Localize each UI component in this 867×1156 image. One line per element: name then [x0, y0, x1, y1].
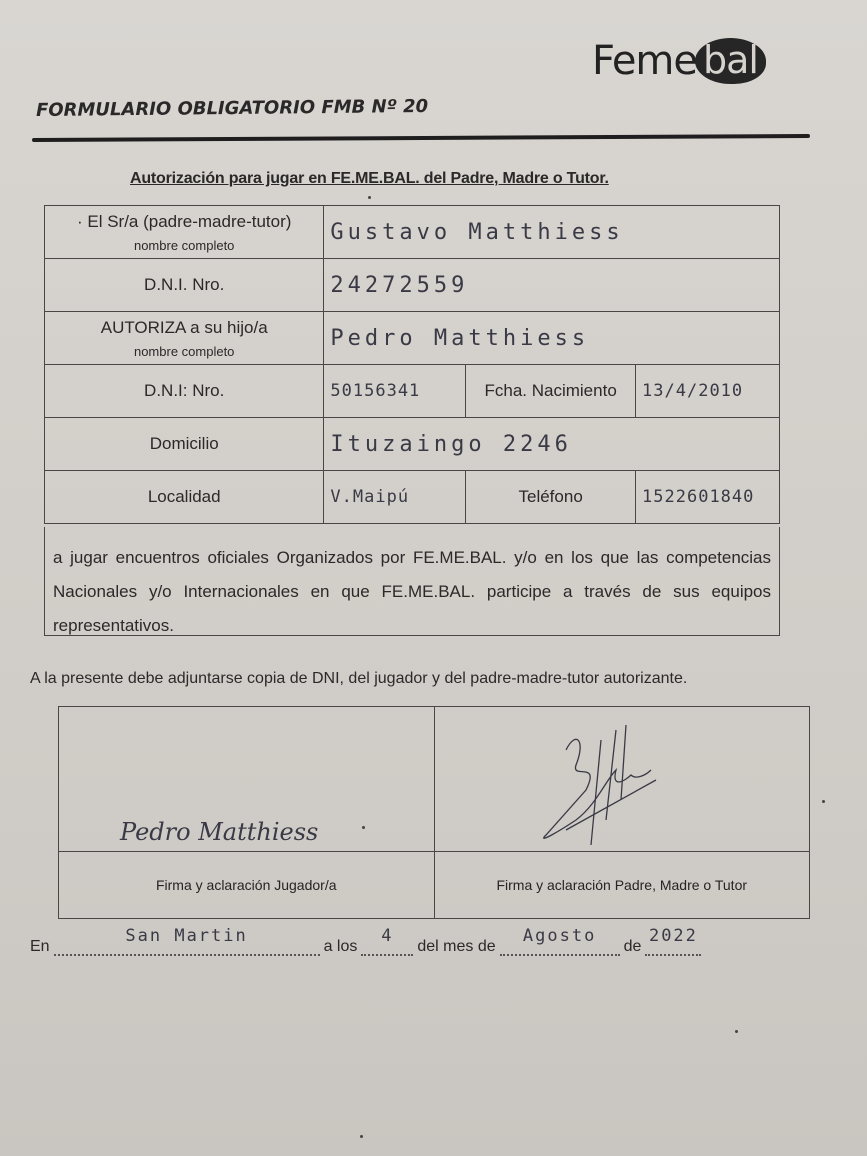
parent-label-cell: · El Sr/a (padre-madre-tutor) nombre com…: [45, 206, 324, 259]
month-label: del mes de: [417, 938, 495, 956]
paper-speck: [362, 826, 365, 829]
parent-name-row: · El Sr/a (padre-madre-tutor) nombre com…: [45, 206, 780, 259]
form-title: FORMULARIO OBLIGATORIO FMB Nº 20: [36, 96, 428, 121]
address-label: Domicilio: [45, 418, 324, 471]
en-label: En: [30, 938, 50, 956]
child-sublabel: nombre completo: [51, 344, 317, 359]
child-label: AUTORIZA a su hijo/a: [101, 318, 268, 337]
form-subtitle: Autorización para jugar en FE.ME.BAL. de…: [130, 170, 609, 188]
year-field[interactable]: 2022: [645, 936, 701, 956]
day-label: a los: [324, 938, 358, 956]
parent-sublabel: nombre completo: [51, 238, 317, 253]
day-field[interactable]: 4: [361, 936, 413, 956]
child-name-value: Pedro Matthiess: [330, 326, 589, 351]
logo-text: Feme: [592, 38, 697, 84]
player-signature-field[interactable]: Pedro Matthiess: [59, 707, 435, 852]
year-value: 2022: [649, 926, 698, 946]
locality-label: Localidad: [45, 471, 324, 524]
child-dni-field[interactable]: 50156341: [324, 365, 466, 418]
locality-row: Localidad V.Maipú Teléfono 1522601840: [45, 471, 780, 524]
child-name-field[interactable]: Pedro Matthiess: [324, 312, 780, 365]
authorization-text: a jugar encuentros oficiales Organizados…: [44, 527, 780, 636]
parent-name-value: Gustavo Matthiess: [330, 220, 623, 245]
parent-name-field[interactable]: Gustavo Matthiess: [324, 206, 780, 259]
address-value: Ituzaingo 2246: [330, 432, 571, 457]
address-field[interactable]: Ituzaingo 2246: [324, 418, 780, 471]
parent-dni-value: 24272559: [330, 273, 468, 298]
child-dni-row: D.N.I: Nro. 50156341 Fcha. Nacimiento 13…: [45, 365, 780, 418]
locality-field[interactable]: V.Maipú: [324, 471, 466, 524]
month-value: Agosto: [523, 926, 596, 946]
signature-row: Pedro Matthiess: [59, 707, 810, 852]
day-value: 4: [381, 926, 393, 946]
parent-dni-row: D.N.I. Nro. 24272559: [45, 259, 780, 312]
paper-speck: [822, 800, 825, 803]
authorization-table: · El Sr/a (padre-madre-tutor) nombre com…: [44, 205, 780, 524]
parent-dni-field[interactable]: 24272559: [324, 259, 780, 312]
year-label: de: [624, 938, 642, 956]
paper-speck: [368, 196, 371, 199]
child-name-row: AUTORIZA a su hijo/a nombre completo Ped…: [45, 312, 780, 365]
birth-date-value: 13/4/2010: [642, 381, 743, 401]
parent-dni-label: D.N.I. Nro.: [45, 259, 324, 312]
parent-label: · El Sr/a (padre-madre-tutor): [77, 212, 291, 231]
player-signature-caption: Firma y aclaración Jugador/a: [59, 852, 435, 919]
phone-field[interactable]: 1522601840: [636, 471, 780, 524]
address-row: Domicilio Ituzaingo 2246: [45, 418, 780, 471]
locality-value: V.Maipú: [330, 487, 409, 507]
month-field[interactable]: Agosto: [500, 936, 620, 956]
logo-badge: bal: [695, 38, 766, 84]
paper-speck: [735, 1030, 738, 1033]
attachment-note: A la presente debe adjuntarse copia de D…: [30, 670, 687, 688]
date-line: En San Martin a los 4 del mes de Agosto …: [30, 936, 705, 956]
signature-table: Pedro Matthiess Firma y aclaración Jugad…: [58, 706, 810, 919]
paper-speck: [360, 1135, 363, 1138]
child-label-cell: AUTORIZA a su hijo/a nombre completo: [45, 312, 324, 365]
phone-value: 1522601840: [642, 487, 754, 507]
place-value: San Martin: [125, 926, 247, 946]
parent-signature-caption: Firma y aclaración Padre, Madre o Tutor: [434, 852, 810, 919]
signature-caption-row: Firma y aclaración Jugador/a Firma y acl…: [59, 852, 810, 919]
place-field[interactable]: San Martin: [54, 936, 320, 956]
phone-label: Teléfono: [466, 471, 636, 524]
child-dni-label: D.N.I: Nro.: [45, 365, 324, 418]
birth-date-label: Fcha. Nacimiento: [466, 365, 636, 418]
parent-signature-scribble: [506, 720, 686, 850]
header-divider: [32, 134, 810, 142]
player-signature: Pedro Matthiess: [60, 818, 433, 850]
parent-signature-field[interactable]: [434, 707, 810, 852]
child-dni-value: 50156341: [330, 381, 420, 401]
birth-date-field[interactable]: 13/4/2010: [636, 365, 780, 418]
femebal-logo: Femebal: [592, 38, 766, 84]
